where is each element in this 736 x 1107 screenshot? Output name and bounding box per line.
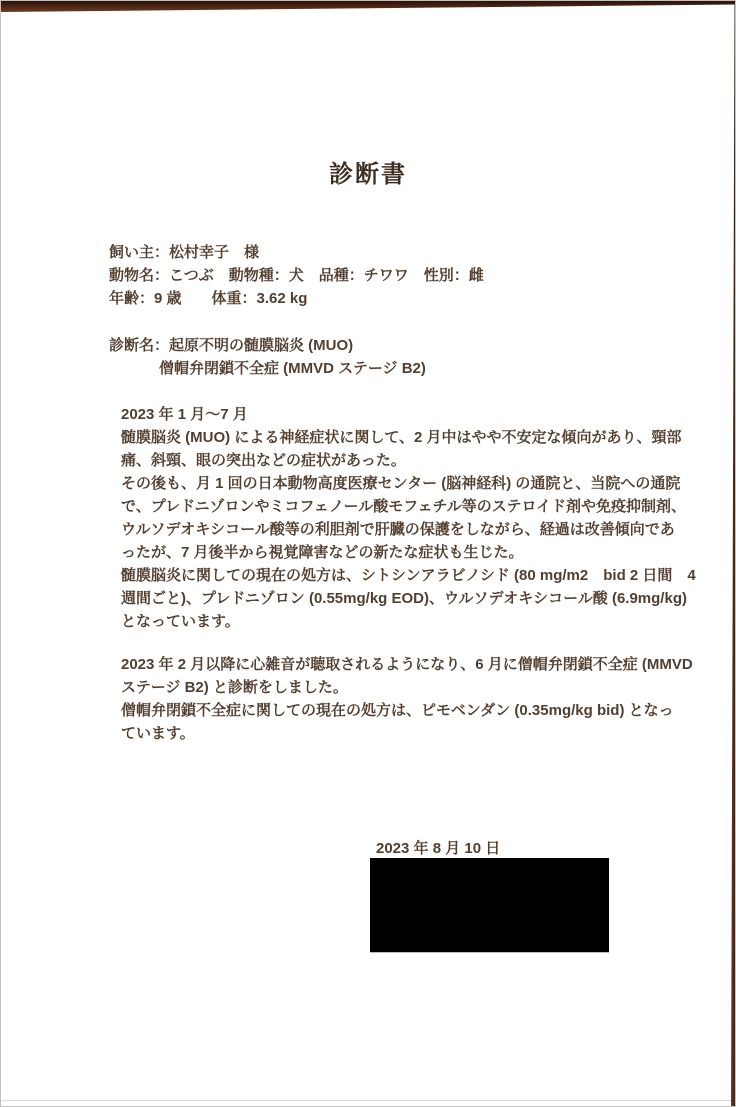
issue-date: 2023 年 8 月 10 日 (376, 837, 500, 858)
body-line: 髄膜脳炎に関しての現在の処方は、シトシンアラビノシド (80 mg/m2 bid… (121, 564, 696, 587)
body-line: 髄膜脳炎 (MUO) による神経症状に関して、2 月中はやや不安定な傾向があり、… (121, 426, 696, 449)
body-line: となっています。 (121, 610, 696, 633)
body-line: その後も、月 1 回の日本動物高度医療センター (脳神経科) の通院と、当院への… (121, 472, 696, 495)
body-line: 2023 年 1 月～7 月 (121, 403, 696, 426)
owner-line: 飼い主：松村幸子 様 (109, 241, 484, 264)
patient-info-block: 飼い主：松村幸子 様 動物名：こつぶ 動物種：犬 品種：チワワ 性別：雌 年齢：… (109, 241, 484, 310)
body-line: ウルソデオキシコール酸等の利胆剤で肝臓の保護をしながら、経過は改善傾向であ (121, 518, 696, 541)
diagnosis-label-line: 診断名：起原不明の髄膜脳炎 (MUO) (109, 334, 426, 357)
heart-condition-paragraph: 2023 年 2 月以降に心雑音が聴取されるようになり、6 月に僧帽弁閉鎖不全症… (121, 653, 693, 745)
animal-line: 動物名：こつぶ 動物種：犬 品種：チワワ 性別：雌 (109, 264, 484, 287)
body-line: 週間ごと)、プレドニゾロン (0.55mg/kg EOD)、ウルソデオキシコール… (121, 587, 696, 610)
body-line: で、プレドニゾロンやミコフェノール酸モフェチル等のステロイド剤や免疫抑制剤、 (121, 495, 696, 518)
wood-top-edge (1, 1, 736, 12)
body-line: ったが、7 月後半から視覚障害などの新たな症状も生じた。 (121, 541, 696, 564)
diagnosis-second-line: 僧帽弁閉鎖不全症 (MMVD ステージ B2) (109, 357, 426, 380)
body-line: ステージ B2) と診断をしました。 (121, 676, 693, 699)
history-paragraph: 2023 年 1 月～7 月 髄膜脳炎 (MUO) による神経症状に関して、2 … (121, 403, 696, 633)
scanned-document-photo: 診断書 飼い主：松村幸子 様 動物名：こつぶ 動物種：犬 品種：チワワ 性別：雌… (0, 0, 736, 1107)
age-weight-line: 年齢：9 歳 体重：3.62 kg (109, 287, 484, 310)
photo-bottom-edge (1, 1100, 731, 1101)
document-title: 診断書 (1, 154, 735, 189)
body-line: 2023 年 2 月以降に心雑音が聴取されるようになり、6 月に僧帽弁閉鎖不全症… (121, 653, 693, 676)
body-line: ています。 (121, 722, 693, 745)
diagnosis-block: 診断名：起原不明の髄膜脳炎 (MUO) 僧帽弁閉鎖不全症 (MMVD ステージ … (109, 334, 426, 380)
redacted-signature-stamp-block (370, 858, 609, 952)
body-line: 痛、斜頸、眼の突出などの症状があった。 (121, 449, 696, 472)
body-line: 僧帽弁閉鎖不全症に関しての現在の処方は、ピモベンダン (0.35mg/kg bi… (121, 699, 693, 722)
